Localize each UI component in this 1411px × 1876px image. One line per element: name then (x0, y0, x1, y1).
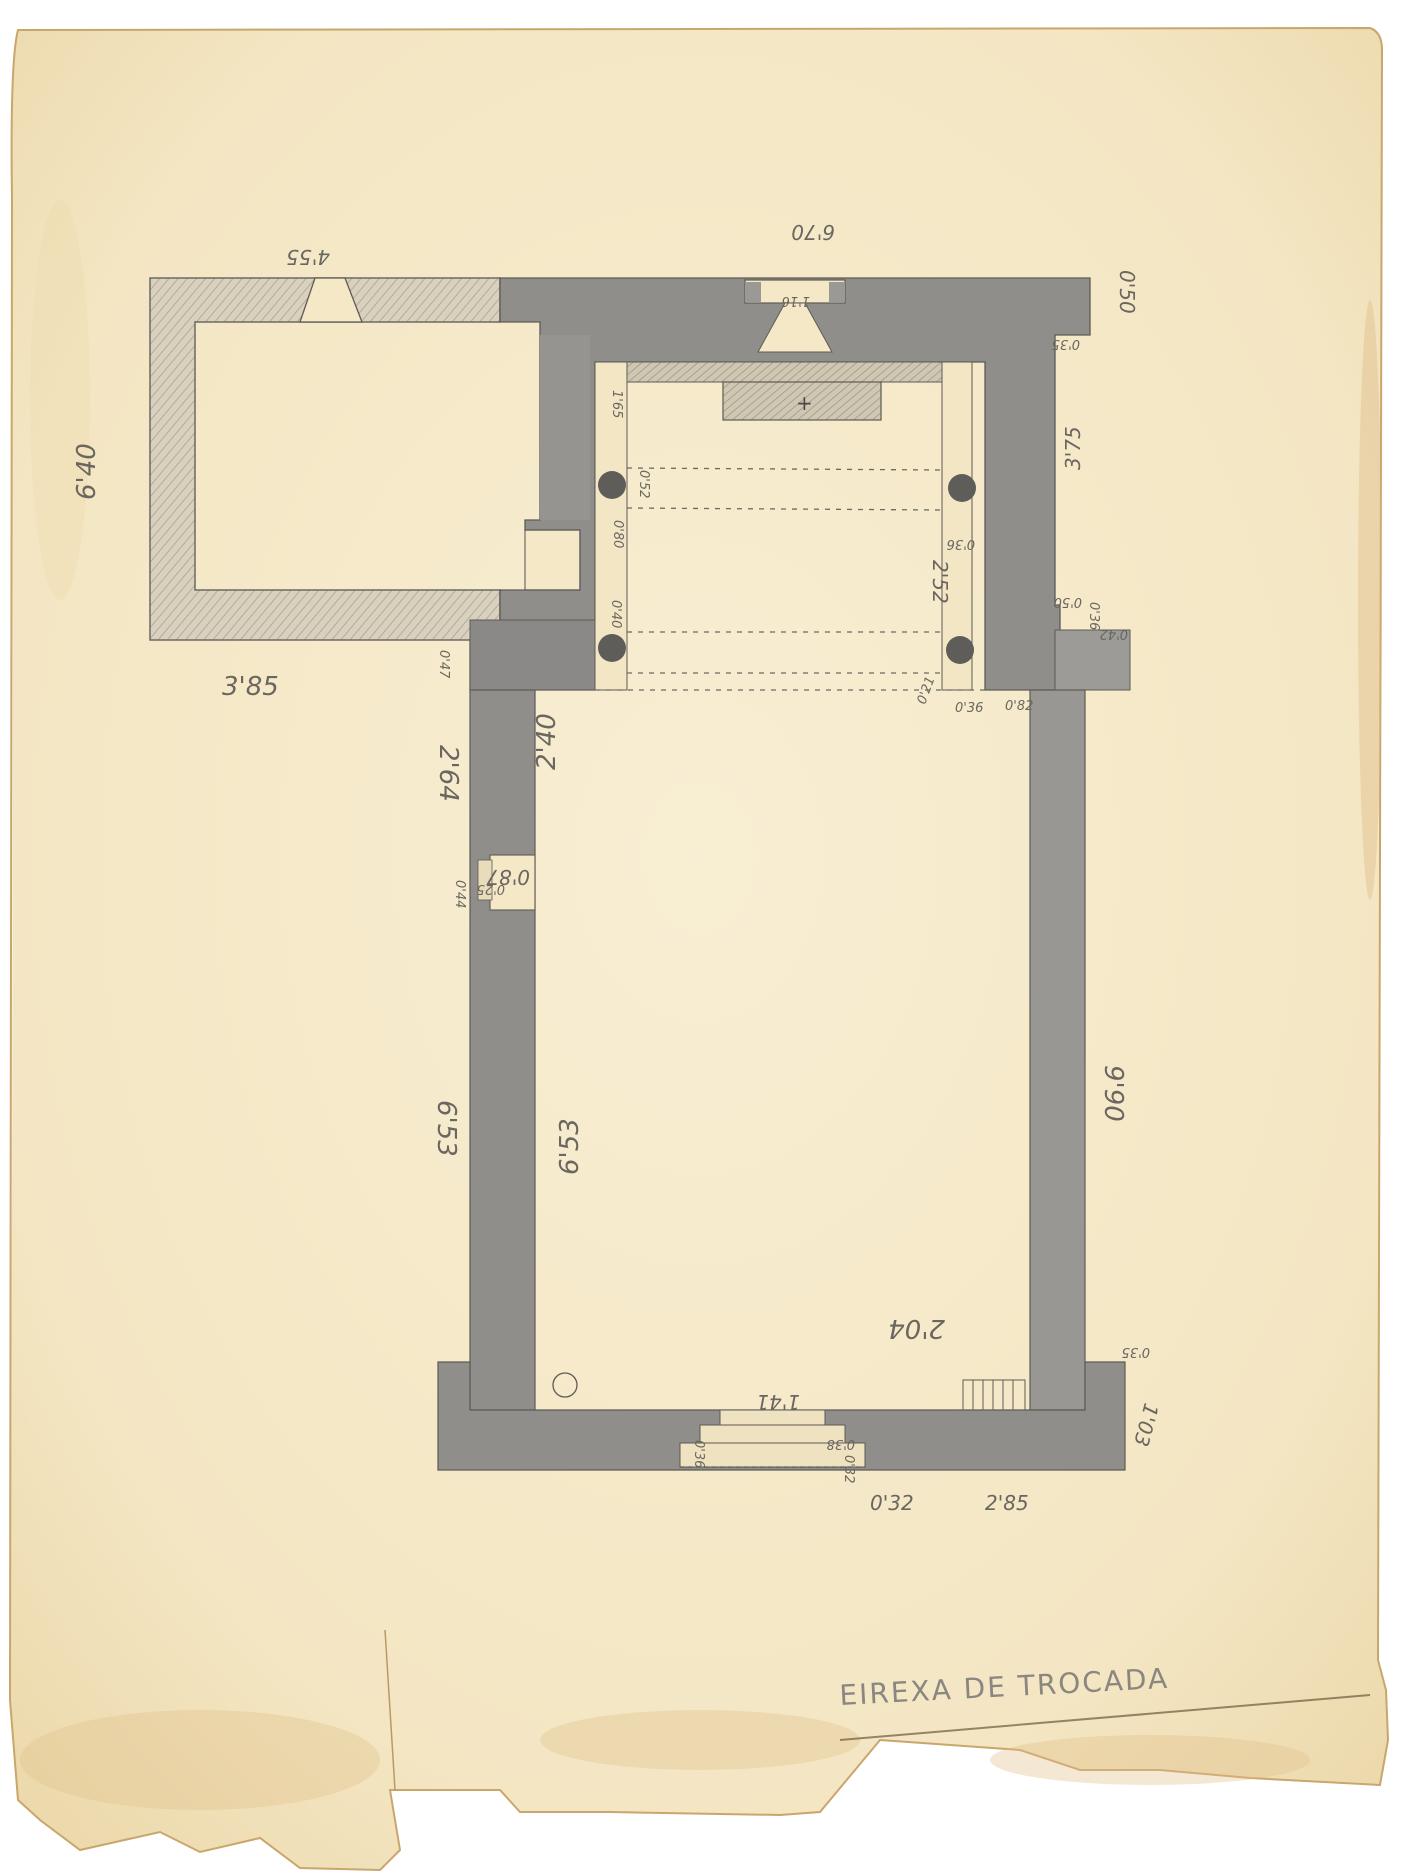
nave-door-step-a: 0'38 (827, 1436, 855, 1451)
column-right-2 (946, 636, 974, 664)
nave-door-step-c: 0'32 (841, 1455, 856, 1483)
column-left-2 (598, 634, 626, 662)
nave-left-upper-inner: 2'40 (532, 713, 562, 770)
sacristy-height-left: 6'40 (72, 443, 102, 500)
nave-bottom-right-b: 2'85 (985, 1491, 1029, 1515)
nave-door-width: 1'41 (756, 1390, 800, 1414)
chancel-step-right-a: 0'50 (1054, 594, 1082, 609)
nave-right-length: 9'90 (1098, 1065, 1128, 1122)
sacristy-width-bottom: 3'85 (222, 672, 279, 702)
chancel-right-column: 0'36 (947, 536, 975, 551)
chancel-bottom-right: 0'82 (1005, 699, 1033, 714)
nave-window-small: 0'25 (477, 881, 505, 896)
chancel-left-lower: 0'40 (608, 600, 623, 628)
nave-bottom-right-a: 0'32 (870, 1491, 914, 1515)
nave-buttress-right-a: 0'35 (1122, 1344, 1150, 1359)
chancel-column-left-1: 0'52 (636, 470, 651, 498)
chancel-width-top: 6'70 (791, 220, 835, 244)
nave-door-step-b: 0'36 (691, 1440, 706, 1468)
chancel-left-niche: 1'65 (609, 390, 624, 418)
column-right-1 (948, 474, 976, 502)
door-step-2 (700, 1425, 845, 1443)
sacristy-width-top: 4'55 (286, 245, 330, 269)
chancel-wall-right-top: 0'50 (1115, 270, 1139, 314)
nave-left-lower-inner: 6'53 (555, 1118, 585, 1175)
chancel-window-top: 1'16 (782, 293, 810, 308)
column-left-1 (598, 471, 626, 499)
nave-wall-left-top: 0'47 (436, 650, 451, 679)
nave-window-left: 0'44 (452, 880, 467, 908)
chancel-step-right-c: 0'42 (1100, 626, 1128, 641)
nave-left-upper-outer: 2'64 (433, 745, 463, 802)
chancel-height-right: 3'75 (1061, 426, 1085, 470)
nave-inner-bottom: 2'04 (888, 1313, 945, 1343)
sacristy-door (525, 530, 580, 590)
chancel-bottom-mid: 0'36 (955, 701, 983, 716)
chancel-left-gap: 0'80 (610, 520, 625, 548)
nave-left-lower-outer: 6'53 (431, 1100, 461, 1157)
chancel-step-right-b: 0'36 (1086, 602, 1101, 630)
floor-plan-sheet: + (0, 0, 1411, 1876)
chancel-right-gap: 2'52 (928, 560, 952, 604)
chancel-wall-right-inner: 0'35 (1052, 336, 1080, 351)
altar-cross: + (796, 391, 813, 415)
